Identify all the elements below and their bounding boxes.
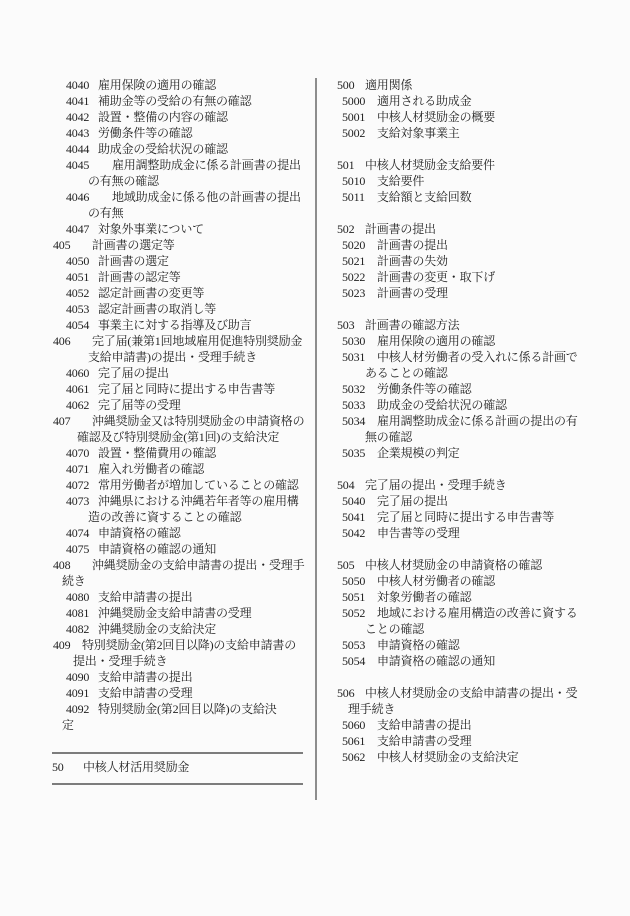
- toc-entry-title: 対象労働者の確認: [377, 590, 471, 604]
- toc-entry-title: 中核人材奨励金の支給申請書の提出・受: [365, 686, 577, 700]
- toc-entry-title: 中核人材活用奨励金: [83, 760, 189, 774]
- toc-entry-title: 理手続き: [348, 702, 395, 716]
- toc-entry-number: 5051: [342, 589, 377, 605]
- toc-entry-number: 5042: [342, 525, 377, 541]
- toc-entry-title: 申請資格の確認: [377, 638, 460, 652]
- toc-entry-title: 申告書等の受理: [377, 526, 460, 540]
- toc-entry-title: ことの確認: [365, 622, 424, 636]
- toc-entry-title: 計画書の失効: [377, 254, 448, 268]
- toc-entry-number: 504: [337, 477, 365, 493]
- toc-entry-title: 支給申請書の提出: [377, 718, 471, 732]
- toc-entry-number: 5031: [342, 349, 377, 365]
- toc-entry-number: 503: [337, 317, 365, 333]
- toc-entry-number: 5002: [342, 125, 377, 141]
- toc-entry-title: 支給申請書の受理: [377, 734, 471, 748]
- toc-entry-title: 中核人材労働者の受入れに係る計画で: [377, 350, 578, 364]
- toc-entry-title: 計画書の提出: [365, 222, 436, 236]
- toc-entry-number: 5000: [342, 93, 377, 109]
- section-separator-rule-bottom: [52, 783, 303, 785]
- toc-entry-number: 5060: [342, 717, 377, 733]
- toc-entry-number: 5053: [342, 637, 377, 653]
- toc-entry-title: 中核人材奨励金の申請資格の確認: [365, 558, 542, 572]
- toc-entry-number: 5050: [342, 573, 377, 589]
- toc-entry-number: 5030: [342, 333, 377, 349]
- toc-entry-title: 雇用保険の適用の確認: [377, 334, 495, 348]
- column-divider-line: [315, 78, 317, 800]
- toc-entry-title: 中核人材奨励金支給要件: [365, 158, 495, 172]
- toc-entry-number: 506: [337, 685, 365, 701]
- toc-entry-title: 企業規模の判定: [377, 446, 460, 460]
- toc-entry-title: 計画書の確認方法: [365, 318, 459, 332]
- toc-entry-title: 中核人材奨励金の支給決定: [377, 750, 519, 764]
- toc-entry-title: 計画書の変更・取下げ: [377, 270, 495, 284]
- toc-entry-title: あることの確認: [365, 366, 448, 380]
- toc-entry-number: 5052: [342, 605, 377, 621]
- toc-entry-number: 5035: [342, 445, 377, 461]
- toc-entry-title: 中核人材奨励金の概要: [377, 110, 495, 124]
- toc-entry-title: 支給要件: [377, 174, 424, 188]
- toc-line: 50中核人材活用奨励金: [52, 759, 189, 775]
- toc-entry-number: 5032: [342, 381, 377, 397]
- toc-entry-title: 申請資格の確認の通知: [377, 654, 495, 668]
- toc-entry-title: 完了届の提出・受理手続き: [365, 478, 507, 492]
- toc-entry-number: 5021: [342, 253, 377, 269]
- toc-entry-number: 5062: [342, 749, 377, 765]
- toc-entry-number: 5033: [342, 397, 377, 413]
- section-separator-rule-top: [52, 752, 303, 754]
- toc-entry-number: 5034: [342, 413, 377, 429]
- toc-entry-number: 500: [337, 77, 365, 93]
- toc-entry-number: 5022: [342, 269, 377, 285]
- toc-entry-number: 5041: [342, 509, 377, 525]
- toc-entry-number: 5023: [342, 285, 377, 301]
- toc-entry-title: 完了届の提出: [377, 494, 448, 508]
- toc-entry-title: 計画書の受理: [377, 286, 448, 300]
- toc-entry-number: 5011: [342, 189, 377, 205]
- toc-page: 4040雇用保険の適用の確認4041補助金等の受給の有無の確認4042設置・整備…: [0, 0, 630, 916]
- toc-entry-title: 支給対象事業主: [377, 126, 460, 140]
- toc-entry-title: 支給額と支給回数: [377, 190, 471, 204]
- toc-entry-number: 5001: [342, 109, 377, 125]
- toc-entry-title: 無の確認: [365, 430, 412, 444]
- toc-entry-title: 計画書の提出: [377, 238, 448, 252]
- toc-entry-number: 502: [337, 221, 365, 237]
- toc-entry-number: 5010: [342, 173, 377, 189]
- toc-entry-title: 労働条件等の確認: [377, 382, 471, 396]
- toc-entry-title: 雇用調整助成金に係る計画の提出の有: [377, 414, 578, 428]
- toc-entry-title: 適用関係: [365, 78, 412, 92]
- toc-entry-number: 5054: [342, 653, 377, 669]
- toc-entry-title: 完了届と同時に提出する申告書等: [377, 510, 554, 524]
- toc-entry-title: 適用される助成金: [377, 94, 471, 108]
- toc-entry-title: 地域における雇用構造の改善に資する: [377, 606, 578, 620]
- toc-entry-title: 助成金の受給状況の確認: [377, 398, 507, 412]
- toc-entry-title: 中核人材労働者の確認: [377, 574, 495, 588]
- toc-entry-number: 5061: [342, 733, 377, 749]
- toc-entry-number: 5020: [342, 237, 377, 253]
- toc-entry-number: 5040: [342, 493, 377, 509]
- toc-entry-number: 50: [52, 759, 83, 775]
- toc-entry-number: 505: [337, 557, 365, 573]
- toc-entry-number: 501: [337, 157, 365, 173]
